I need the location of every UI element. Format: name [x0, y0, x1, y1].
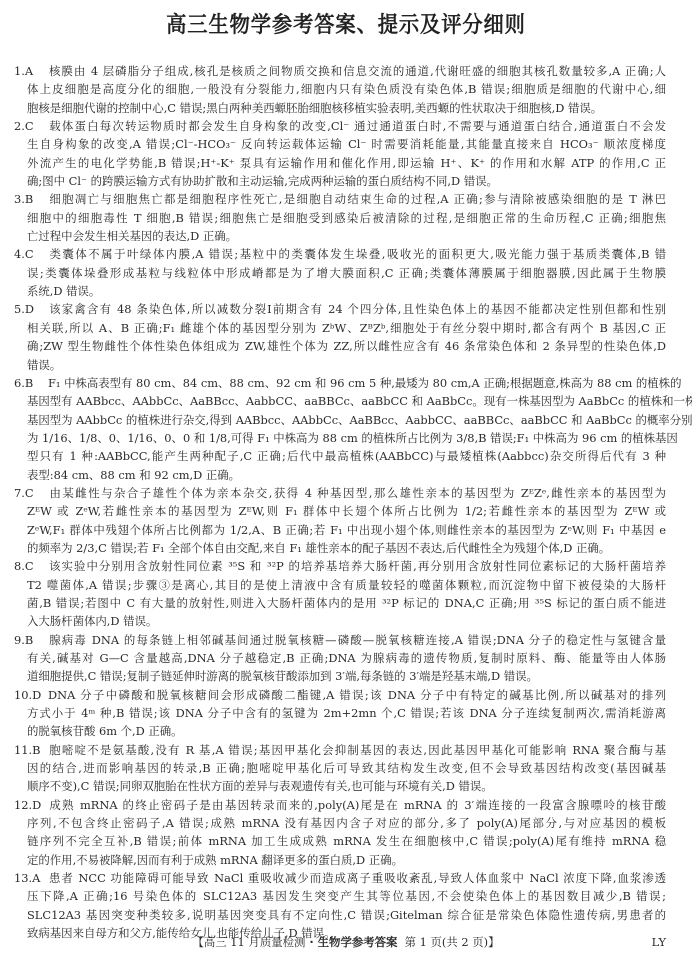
question-number: 8.C — [14, 557, 48, 575]
answer-item: 4.C类囊体不属于叶绿体内膜,A 错误;基粒中的类囊体发生垛叠,吸收光的面积更大… — [0, 245, 692, 300]
answer-item: 6.BF₁ 中株高表型有 80 cm、84 cm、88 cm、92 cm 和 9… — [0, 374, 692, 484]
answer-line: 确;ZW 型生物雌性个体性染色体组成为 ZW,雄性个体为 ZZ,所以雌性应含有 … — [0, 337, 692, 355]
explanation-text: 基因型为 AAbbCc 的植株进行杂交,得到 AABbcc、AAbbCc、AaB… — [27, 413, 692, 427]
explanation-text: 压下降,A 正确;16 号染色体的 SLC12A3 基因发生突变产生其等位基因,… — [27, 889, 666, 903]
answer-line: 细胞中的细胞毒性 T 细胞,B 错误;细胞焦亡是细胞受到感染后被清除的过程,是细… — [0, 209, 692, 227]
question-number: 9.B — [14, 631, 48, 649]
answer-line: 基因型为 AAbbCc 的植株进行杂交,得到 AABbcc、AAbbCc、AaB… — [0, 411, 692, 429]
answer-line: SLC12A3 基因突变种类较多,说明基因突变具有不定向性,C 错误;Gitel… — [0, 906, 692, 924]
explanation-text: 表型:84 cm、88 cm 和 92 cm,D 正确。 — [27, 468, 240, 482]
question-index: 10. — [14, 688, 32, 702]
question-number: 11.B — [14, 741, 48, 759]
explanation-text: 腺病毒 DNA 的每条链上相邻碱基间通过脱氧核糖—磷酸—脱氧核糖连接,A 错误;… — [48, 633, 666, 647]
answer-line: 9.B腺病毒 DNA 的每条链上相邻碱基间通过脱氧核糖—磷酸—脱氧核糖连接,A … — [0, 631, 692, 649]
answer-line: 链序列不完全互补,B 错误;前体 mRNA 加工生成成熟 mRNA 发生在细胞核… — [0, 832, 692, 850]
question-number: 6.B — [14, 374, 48, 392]
answer-letter: D — [32, 688, 41, 702]
explanation-text: 生自身构象的改变,A 错误;Cl⁻-HCO₃⁻ 反向转运载体运输 Cl⁻ 时需要… — [27, 137, 666, 151]
question-index: 6. — [14, 376, 25, 390]
explanation-text: 该家禽含有 48 条染色体,所以减数分裂Ⅰ前期含有 24 个四分体,且性染色体上… — [48, 302, 666, 316]
answer-line: T2 噬菌体,A 错误;步骤③是离心,其目的是使上清液中含有质量较轻的噬菌体颗粒… — [0, 576, 692, 594]
explanation-text: 有关,碱基对 G—C 含量越高,DNA 分子越稳定,B 正确;DNA 为腺病毒的… — [27, 651, 666, 665]
answer-line: 定的作用,不易被降解,因而有利于成熟 mRNA 翻译更多的蛋白质,D 正确。 — [0, 851, 692, 869]
explanation-text: SLC12A3 基因突变种类较多,说明基因突变具有不定向性,C 错误;Gitel… — [27, 908, 666, 922]
question-index: 3. — [14, 192, 25, 206]
answer-line: 体上皮细胞是高度分化的细胞,一般没有分裂能力,细胞内只有染色质没有染色体,B 错… — [0, 80, 692, 98]
answer-line: 菌,B 错误;若图中 C 有大量的放射性,则进入大肠杆菌体内的是用 ³²P 标记… — [0, 594, 692, 612]
explanation-text: 外流产生的电化学势能,B 错误;H⁺-K⁺ 泵具有运输作用和催化作用,即运输 H… — [27, 156, 666, 170]
footer-close-bracket: 】 — [488, 935, 499, 949]
explanation-text: 型只有 1 种:AABbCC,能产生两种配子,C 正确;后代中最高植株(AABb… — [27, 449, 666, 463]
explanation-text: 因的结合,进而影响基因的转录,B 正确;胞嘧啶甲基化后可导致其结构发生改变,但不… — [27, 761, 666, 775]
answer-line: 11.B胞嘧啶不是氨基酸,没有 R 基,A 错误;基因甲基化会抑制基因的表达,因… — [0, 741, 692, 759]
answer-letter: B — [25, 633, 33, 647]
answer-line: 道细胞提供,C 错误;复制子链延伸时游离的脱氧核苷酸添加到 3′端,每条链的 3… — [0, 667, 692, 685]
answer-item: 9.B腺病毒 DNA 的每条链上相邻碱基间通过脱氧核糖—磷酸—脱氧核糖连接,A … — [0, 631, 692, 686]
answer-line: ZᴱW 或 ZᵉW,若雌性亲本的基因型为 ZᴱW,则 F₁ 群体中长翅个体所占比… — [0, 502, 692, 520]
explanation-text: 细胞中的细胞毒性 T 细胞,B 错误;细胞焦亡是细胞受到感染后被清除的过程,是细… — [27, 211, 666, 225]
answer-letter: D — [32, 798, 41, 812]
explanation-text: 核膜由 4 层磷脂分子组成,核孔是核质之间物质交换和信息交流的通道,代谢旺盛的细… — [48, 64, 666, 78]
question-index: 9. — [14, 633, 25, 647]
answer-line: 顺序不变),C 错误;同卵双胞胎在性状方面的差异与表观遗传有关,也可能与环境有关… — [0, 777, 692, 795]
explanation-text: 由某雌性与杂合子雄性个体为亲本杂交,获得 4 种基因型,那么雄性亲本的基因型为 … — [48, 486, 666, 500]
answer-letter: C — [25, 247, 34, 261]
question-number: 12.D — [14, 796, 48, 814]
answer-item: 3.B细胞凋亡与细胞焦亡都是细胞程序性死亡,是细胞自动结束生命的过程,A 正确;… — [0, 190, 692, 245]
explanation-text: 错误。 — [27, 358, 61, 372]
answer-line: 入大肠杆菌体内,D 错误。 — [0, 612, 692, 630]
answer-line: 生自身构象的改变,A 错误;Cl⁻-HCO₃⁻ 反向转运载体运输 Cl⁻ 时需要… — [0, 135, 692, 153]
answer-letter: C — [25, 486, 34, 500]
answer-letter: C — [25, 559, 34, 573]
answer-line: 12.D成熟 mRNA 的终止密码子是由基因转录而来的,poly(A)尾是在 m… — [0, 796, 692, 814]
answer-line: 的脱氧核苷酸 6m 个,D 正确。 — [0, 722, 692, 740]
answer-item: 5.D该家禽含有 48 条染色体,所以减数分裂Ⅰ前期含有 24 个四分体,且性染… — [0, 300, 692, 373]
question-number: 1.A — [14, 62, 48, 80]
question-index: 8. — [14, 559, 25, 573]
explanation-text: 菌,B 错误;若图中 C 有大量的放射性,则进入大肠杆菌体内的是用 ³²P 标记… — [27, 596, 666, 610]
answer-line: 为 1/16、1/8、0、1/16、0、0 和 1/8,可得 F₁ 中株高为 8… — [0, 429, 692, 447]
answer-line: 8.C该实验中分别用含放射性同位素 ³⁵S 和 ³²P 的培养基培养大肠杆菌,再… — [0, 557, 692, 575]
answer-letter: D — [25, 302, 34, 316]
footer-separator: · — [305, 935, 317, 949]
answer-letter: B — [25, 376, 33, 390]
explanation-text: 顺序不变),C 错误;同卵双胞胎在性状方面的差异与表观遗传有关,也可能与环境有关… — [27, 779, 493, 793]
explanation-text: 相关联,所以 A、B 正确;F₁ 雌雄个体的基因型分别为 ZᵇW、ZᴮZᵇ,细胞… — [27, 321, 666, 335]
answer-line: 7.C由某雌性与杂合子雄性个体为亲本杂交,获得 4 种基因型,那么雄性亲本的基因… — [0, 484, 692, 502]
explanation-text: 基因型有 AABbcc、AAbbCc、AaBBcc、AabbCC、aaBBCc、… — [27, 394, 692, 408]
answer-item: 7.C由某雌性与杂合子雄性个体为亲本杂交,获得 4 种基因型,那么雄性亲本的基因… — [0, 484, 692, 557]
explanation-text: 的频率为 2/3,C 错误;若 F₁ 全部个体自由交配,来自 F₁ 雄性亲本的配… — [27, 541, 610, 555]
answer-line: 压下降,A 正确;16 号染色体的 SLC12A3 基因发生突变产生其等位基因,… — [0, 887, 692, 905]
explanation-text: 误;类囊体垛叠形成基粒与线粒体中形成嵴都是为了增大膜面积,C 正确;类囊体薄膜属… — [27, 266, 666, 280]
answer-item: 1.A核膜由 4 层磷脂分子组成,核孔是核质之间物质交换和信息交流的通道,代谢旺… — [0, 62, 692, 117]
question-number: 3.B — [14, 190, 48, 208]
answer-item: 8.C该实验中分别用含放射性同位素 ³⁵S 和 ³²P 的培养基培养大肠杆菌,再… — [0, 557, 692, 630]
answer-item: 13.A患者 NCC 功能障碍可能导致 NaCl 重吸收减少而造成离子重吸收紊乱… — [0, 869, 692, 942]
question-number: 5.D — [14, 300, 48, 318]
answer-line: 系统,D 错误。 — [0, 282, 692, 300]
answer-line: 序列,不包含终止密码子,A 错误;成熟 mRNA 没有基因内含子对应的部分,多了… — [0, 814, 692, 832]
explanation-text: T2 噬菌体,A 错误;步骤③是离心,其目的是使上清液中含有质量较轻的噬菌体颗粒… — [27, 578, 666, 592]
explanation-text: 确;图中 Cl⁻ 的跨膜运输方式有协助扩散和主动运输,完成两种运输的蛋白质结构不… — [27, 174, 498, 188]
answer-line: 4.C类囊体不属于叶绿体内膜,A 错误;基粒中的类囊体发生垛叠,吸收光的面积更大… — [0, 245, 692, 263]
answer-line: 3.B细胞凋亡与细胞焦亡都是细胞程序性死亡,是细胞自动结束生命的过程,A 正确;… — [0, 190, 692, 208]
explanation-text: 入大肠杆菌体内,D 错误。 — [27, 614, 157, 628]
footer-exam: 高三 11 月质量检测 — [204, 935, 305, 949]
answer-list: 1.A核膜由 4 层磷脂分子组成,核孔是核质之间物质交换和信息交流的通道,代谢旺… — [0, 62, 692, 943]
footer-info: 【高三 11 月质量检测 · 生物学参考答案 第 1 页(共 2 页)】 — [0, 933, 692, 951]
question-index: 2. — [14, 119, 25, 133]
explanation-text: 细胞凋亡与细胞焦亡都是细胞程序性死亡,是细胞自动结束生命的过程,A 正确;参与清… — [48, 192, 666, 206]
footer-code: LY — [652, 933, 666, 951]
question-index: 12. — [14, 798, 32, 812]
answer-line: 6.BF₁ 中株高表型有 80 cm、84 cm、88 cm、92 cm 和 9… — [0, 374, 692, 392]
explanation-text: 系统,D 错误。 — [27, 284, 100, 298]
answer-item: 12.D成熟 mRNA 的终止密码子是由基因转录而来的,poly(A)尾是在 m… — [0, 796, 692, 869]
footer-open-bracket: 【 — [193, 935, 204, 949]
answer-item: 10.DDNA 分子中磷酸和脱氧核糖间会形成磷酸二酯键,A 错误;该 DNA 分… — [0, 686, 692, 741]
question-index: 13. — [14, 871, 32, 885]
question-index: 1. — [14, 64, 25, 78]
explanation-text: 胞嘧啶不是氨基酸,没有 R 基,A 错误;基因甲基化会抑制基因的表达,因此基因甲… — [48, 743, 666, 757]
question-number: 4.C — [14, 245, 48, 263]
explanation-text: 方式小于 4ᵐ 种,B 错误;该 DNA 分子中含有的氢键为 2m+2mn 个,… — [27, 706, 666, 720]
explanation-text: 载体蛋白每次转运物质时都会发生自身构象的改变,Cl⁻ 通过通道蛋白时,不需要与通… — [48, 119, 666, 133]
explanation-text: 道细胞提供,C 错误;复制子链延伸时游离的脱氧核苷酸添加到 3′端,每条链的 3… — [27, 669, 538, 683]
footer-page-info: 第 1 页(共 2 页) — [405, 935, 488, 949]
answer-line: 误;类囊体垛叠形成基粒与线粒体中形成嵴都是为了增大膜面积,C 正确;类囊体薄膜属… — [0, 264, 692, 282]
question-index: 7. — [14, 486, 25, 500]
explanation-text: 体上皮细胞是高度分化的细胞,一般没有分裂能力,细胞内只有染色质没有染色体,B 错… — [27, 82, 666, 96]
explanation-text: 定的作用,不易被降解,因而有利于成熟 mRNA 翻译更多的蛋白质,D 正确。 — [27, 853, 403, 867]
answer-line: ZᵉW,F₁ 群体中残翅个体所占比例都为 1/2,A、B 正确;若 F₁ 中出现… — [0, 521, 692, 539]
explanation-text: 链序列不完全互补,B 错误;前体 mRNA 加工生成成熟 mRNA 发生在细胞核… — [27, 834, 666, 848]
question-number: 13.A — [14, 869, 48, 887]
answer-letter: B — [25, 192, 33, 206]
answer-line: 胞核是细胞代谢的控制中心,C 错误;黑白两种美西螈胚胎细胞核移植实验表明,美西螈… — [0, 99, 692, 117]
answer-line: 13.A患者 NCC 功能障碍可能导致 NaCl 重吸收减少而造成离子重吸收紊乱… — [0, 869, 692, 887]
answer-line: 外流产生的电化学势能,B 错误;H⁺-K⁺ 泵具有运输作用和催化作用,即运输 H… — [0, 154, 692, 172]
page-footer: 【高三 11 月质量检测 · 生物学参考答案 第 1 页(共 2 页)】 LY — [0, 933, 692, 951]
explanation-text: 胞核是细胞代谢的控制中心,C 错误;黑白两种美西螈胚胎细胞核移植实验表明,美西螈… — [27, 101, 602, 115]
question-number: 10.D — [14, 686, 48, 704]
answer-letter: A — [32, 871, 40, 885]
explanation-text: 为 1/16、1/8、0、1/16、0、0 和 1/8,可得 F₁ 中株高为 8… — [27, 431, 678, 445]
answer-letter: C — [25, 119, 34, 133]
answer-line: 因的结合,进而影响基因的转录,B 正确;胞嘧啶甲基化后可导致其结构发生改变,但不… — [0, 759, 692, 777]
question-index: 5. — [14, 302, 25, 316]
answer-line: 型只有 1 种:AABbCC,能产生两种配子,C 正确;后代中最高植株(AABb… — [0, 447, 692, 465]
answer-item: 11.B胞嘧啶不是氨基酸,没有 R 基,A 错误;基因甲基化会抑制基因的表达,因… — [0, 741, 692, 796]
answer-line: 错误。 — [0, 356, 692, 374]
explanation-text: ZᴱW 或 ZᵉW,若雌性亲本的基因型为 ZᴱW,则 F₁ 群体中长翅个体所占比… — [27, 504, 666, 518]
question-index: 4. — [14, 247, 25, 261]
explanation-text: ZᵉW,F₁ 群体中残翅个体所占比例都为 1/2,A、B 正确;若 F₁ 中出现… — [27, 523, 666, 537]
explanation-text: 亡过程中会发生相关基因的表达,D 正确。 — [27, 229, 237, 243]
answer-line: 10.DDNA 分子中磷酸和脱氧核糖间会形成磷酸二酯键,A 错误;该 DNA 分… — [0, 686, 692, 704]
answer-line: 2.C载体蛋白每次转运物质时都会发生自身构象的改变,Cl⁻ 通过通道蛋白时,不需… — [0, 117, 692, 135]
answer-letter: A — [25, 64, 33, 78]
question-number: 2.C — [14, 117, 48, 135]
answer-line: 5.D该家禽含有 48 条染色体,所以减数分裂Ⅰ前期含有 24 个四分体,且性染… — [0, 300, 692, 318]
question-index: 11. — [14, 743, 32, 757]
page-title: 高三生物学参考答案、提示及评分细则 — [28, 8, 665, 39]
answer-line: 确;图中 Cl⁻ 的跨膜运输方式有协助扩散和主动运输,完成两种运输的蛋白质结构不… — [0, 172, 692, 190]
answer-line: 亡过程中会发生相关基因的表达,D 正确。 — [0, 227, 692, 245]
question-number: 7.C — [14, 484, 48, 502]
explanation-text: 类囊体不属于叶绿体内膜,A 错误;基粒中的类囊体发生垛叠,吸收光的面积更大,吸光… — [48, 247, 666, 261]
explanation-text: 确;ZW 型生物雌性个体性染色体组成为 ZW,雄性个体为 ZZ,所以雌性应含有 … — [27, 339, 666, 353]
explanation-text: DNA 分子中磷酸和脱氧核糖间会形成磷酸二酯键,A 错误;该 DNA 分子中有特… — [48, 688, 666, 702]
answer-line: 方式小于 4ᵐ 种,B 错误;该 DNA 分子中含有的氢键为 2m+2mn 个,… — [0, 704, 692, 722]
explanation-text: 患者 NCC 功能障碍可能导致 NaCl 重吸收减少而造成离子重吸收紊乱,导致人… — [48, 871, 666, 885]
explanation-text: 成熟 mRNA 的终止密码子是由基因转录而来的,poly(A)尾是在 mRNA … — [48, 798, 666, 812]
explanation-text: 的脱氧核苷酸 6m 个,D 正确。 — [27, 724, 183, 738]
answer-line: 1.A核膜由 4 层磷脂分子组成,核孔是核质之间物质交换和信息交流的通道,代谢旺… — [0, 62, 692, 80]
answer-line: 相关联,所以 A、B 正确;F₁ 雌雄个体的基因型分别为 ZᵇW、ZᴮZᵇ,细胞… — [0, 319, 692, 337]
footer-subject: 生物学参考答案 — [318, 935, 398, 949]
explanation-text: 序列,不包含终止密码子,A 错误;成熟 mRNA 没有基因内含子对应的部分,多了… — [27, 816, 666, 830]
answer-line: 有关,碱基对 G—C 含量越高,DNA 分子越稳定,B 正确;DNA 为腺病毒的… — [0, 649, 692, 667]
answer-line: 基因型有 AABbcc、AAbbCc、AaBBcc、AabbCC、aaBBCc、… — [0, 392, 692, 410]
answer-line: 表型:84 cm、88 cm 和 92 cm,D 正确。 — [0, 466, 692, 484]
answer-item: 2.C载体蛋白每次转运物质时都会发生自身构象的改变,Cl⁻ 通过通道蛋白时,不需… — [0, 117, 692, 190]
explanation-text: F₁ 中株高表型有 80 cm、84 cm、88 cm、92 cm 和 96 c… — [48, 376, 681, 390]
explanation-text: 该实验中分别用含放射性同位素 ³⁵S 和 ³²P 的培养基培养大肠杆菌,再分别用… — [48, 559, 666, 573]
answer-letter: B — [32, 743, 40, 757]
answer-line: 的频率为 2/3,C 错误;若 F₁ 全部个体自由交配,来自 F₁ 雄性亲本的配… — [0, 539, 692, 557]
